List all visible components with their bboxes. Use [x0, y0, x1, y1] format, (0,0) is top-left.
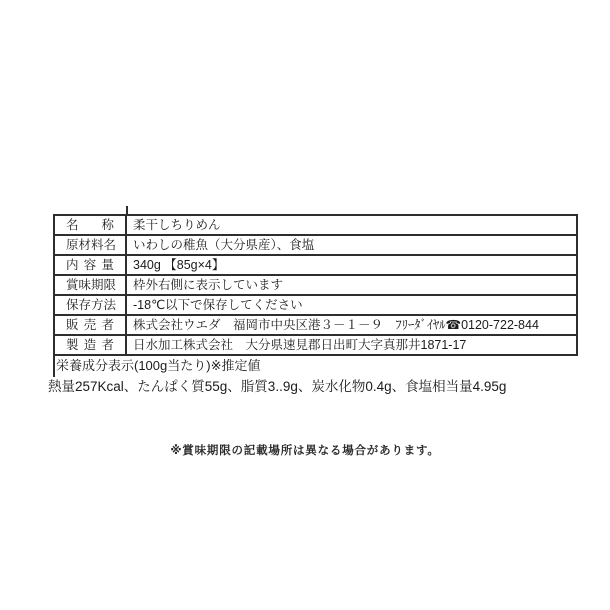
spec-value-name: 柔干しちりめん: [127, 216, 576, 234]
spec-value-seller: 株式会社ウエダ 福岡市中央区港３－１－９ ﾌﾘｰﾀﾞｲﾔﾙ☎0120-722-8…: [127, 316, 576, 334]
spec-label-seller: 販売者: [55, 316, 127, 334]
spec-label-best-before: 賞味期限: [55, 276, 127, 294]
nutrition-heading: 栄養成分表示(100g当たり)※推定値: [56, 357, 260, 375]
spec-value-storage: -18℃以下で保存してください: [127, 296, 576, 314]
table-row: 製造者 日水加工株式会社 大分県速見郡日出町大字真那井1871-17: [55, 334, 576, 354]
table-row: 内容量 340g 【85g×4】: [55, 254, 576, 274]
best-before-location-note: ※賞味期限の記載場所は異なる場合があります。: [0, 442, 610, 458]
table-row: 保存方法 -18℃以下で保存してください: [55, 294, 576, 314]
spec-label-manufacturer: 製造者: [55, 336, 127, 354]
spec-label-net-content: 内容量: [55, 256, 127, 274]
spec-label-name: 名称: [55, 216, 127, 234]
spec-value-manufacturer: 日水加工株式会社 大分県速見郡日出町大字真那井1871-17: [127, 336, 576, 354]
table-row: 名称 柔干しちりめん: [55, 216, 576, 234]
table-row: 賞味期限 枠外右側に表示しています: [55, 274, 576, 294]
spec-label-storage: 保存方法: [55, 296, 127, 314]
table-row: 販売者 株式会社ウエダ 福岡市中央区港３－１－９ ﾌﾘｰﾀﾞｲﾔﾙ☎0120-7…: [55, 314, 576, 334]
nutrition-values: 熱量257Kcal、たんぱく質55g、脂質3..9g、炭水化物0.4g、食塩相当…: [48, 377, 506, 396]
table-row: 原材料名 いわしの稚魚（大分県産）、食塩: [55, 234, 576, 254]
product-spec-table: 名称 柔干しちりめん 原材料名 いわしの稚魚（大分県産）、食塩 内容量 340g…: [53, 214, 578, 356]
spec-value-ingredients: いわしの稚魚（大分県産）、食塩: [127, 236, 576, 254]
product-label-sheet: 名称 柔干しちりめん 原材料名 いわしの稚魚（大分県産）、食塩 内容量 340g…: [0, 0, 610, 610]
spec-label-ingredients: 原材料名: [55, 236, 127, 254]
spec-value-best-before: 枠外右側に表示しています: [127, 276, 576, 294]
spec-value-net-content: 340g 【85g×4】: [127, 256, 576, 274]
